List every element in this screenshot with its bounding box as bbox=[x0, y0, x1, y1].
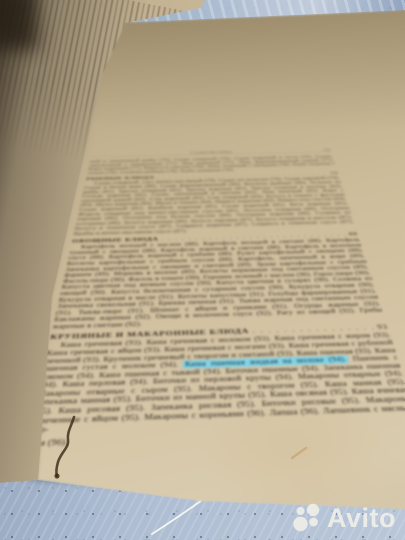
table-of-contents: СОДЕРЖАНИЕ 115 ной и запеченной рыбы (76… bbox=[24, 148, 405, 452]
running-header-title: СОДЕРЖАНИЕ bbox=[116, 149, 308, 156]
avito-watermark: Avito bbox=[292, 503, 396, 533]
avito-watermark-text: Avito bbox=[327, 505, 396, 532]
section-page-number: 88 bbox=[348, 231, 359, 237]
toc-entries-fish: Судак отварной, соус яично-масляный (79)… bbox=[73, 176, 356, 237]
spine-corner-shadow bbox=[0, 0, 38, 50]
listing-photo: СОДЕРЖАНИЕ 115 ной и запеченной рыбы (76… bbox=[0, 0, 405, 540]
section-page-number: 79 bbox=[329, 171, 338, 176]
avito-logo-icon bbox=[292, 503, 322, 533]
toc-entries-grains: Каша гречневая (93). Каша гречневая с мо… bbox=[28, 331, 405, 435]
toc-entries-vegetables: Картофель молодой с маслом (88). Картофе… bbox=[52, 237, 386, 330]
page-folio: 115 bbox=[307, 148, 331, 151]
